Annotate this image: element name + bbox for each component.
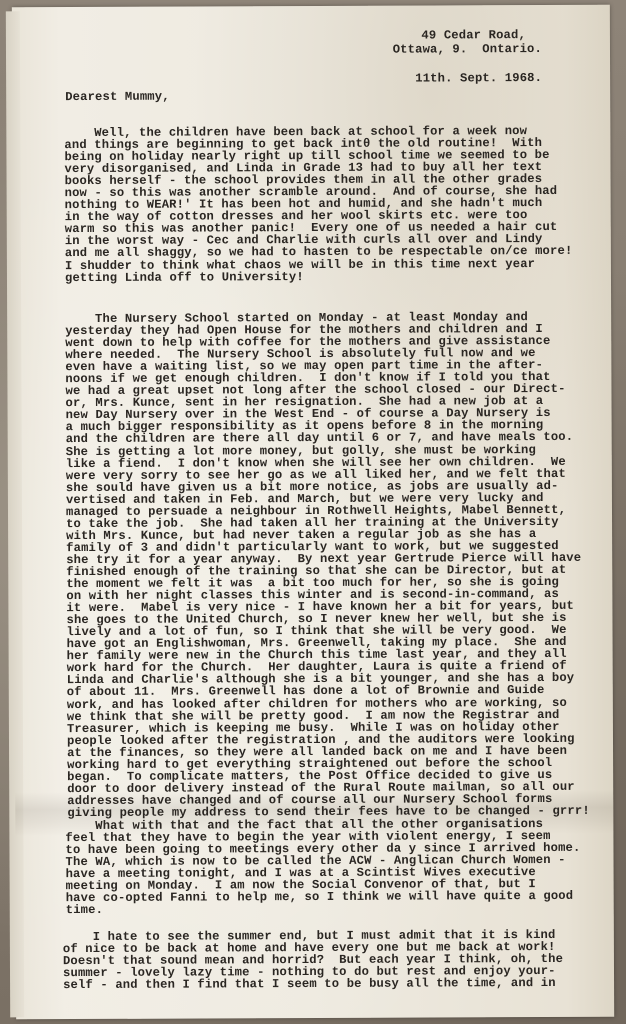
paragraph-3: What with that and the fact that all the… <box>65 818 625 917</box>
letter-page: 49 Cedar Road, Ottawa, 9. Ontario. 11th.… <box>12 5 614 1020</box>
paragraph-2: The Nursery School started on Monday - a… <box>65 311 626 819</box>
letter-date: 11th. Sept. 1968. <box>12 72 542 86</box>
text-line: self - and then I find that I seem to be… <box>63 977 623 991</box>
paragraph-4: I hate to see the summer end, but I must… <box>63 929 623 992</box>
text-line: have co-opted Fanni to help me, so I thi… <box>66 890 626 904</box>
address-line-2: Ottawa, 9. Ontario. <box>12 43 542 57</box>
salutation: Dearest Mummy, <box>65 91 170 104</box>
address-line-1: 49 Cedar Road, <box>12 29 542 43</box>
paragraph-1: Well, the children have been back at sch… <box>64 125 625 284</box>
letter-body: 49 Cedar Road, Ottawa, 9. Ontario. 11th.… <box>12 5 614 1020</box>
